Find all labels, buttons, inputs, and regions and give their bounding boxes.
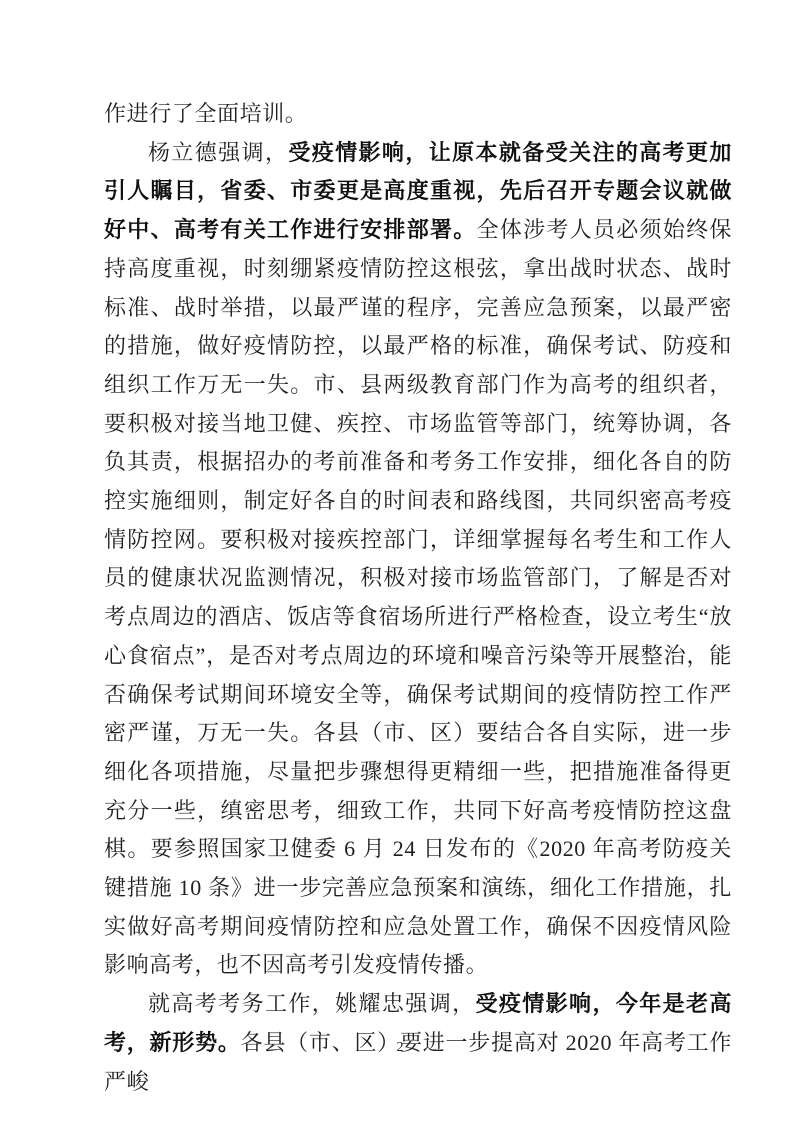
document-body: 作进行了全面培训。 杨立德强调，受疫情影响，让原本就备受关注的高考更加引人瞩目，… <box>104 95 732 1101</box>
paragraph: 作进行了全面培训。 <box>104 95 732 134</box>
page-number: 2 <box>397 1040 404 1055</box>
text-run: 全体涉考人员必须始终保持高度重视，时刻绷紧疫情防控这根弦，拿出战时状态、战时标准… <box>104 217 732 977</box>
page-footer: 2 <box>0 1040 800 1056</box>
paragraph: 杨立德强调，受疫情影响，让原本就备受关注的高考更加引人瞩目，省委、市委更是高度重… <box>104 134 732 985</box>
document-page: 作进行了全面培训。 杨立德强调，受疫情影响，让原本就备受关注的高考更加引人瞩目，… <box>0 0 800 1131</box>
text-run: 就高考考务工作，姚耀忠强调， <box>148 991 475 1016</box>
text-run: 杨立德强调， <box>148 140 288 165</box>
text-run: 作进行了全面培训。 <box>104 101 307 126</box>
